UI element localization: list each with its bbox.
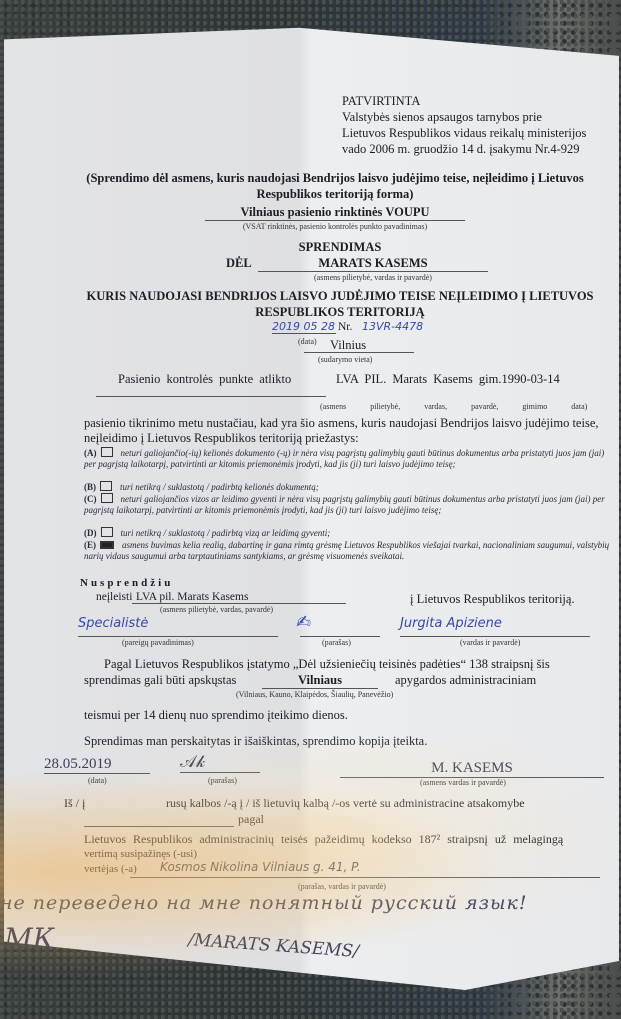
court-caption: (Vilniaus, Kauno, Klaipėdos, Šiaulių, Pa…	[236, 690, 393, 699]
translator-prefix: Iš / į	[64, 796, 85, 811]
checkbox-e-checked[interactable]	[100, 541, 114, 549]
reason-code: (B)	[84, 482, 96, 492]
appeal-line-1: Pagal Lietuvos Respublikos įstatymo „Dėl…	[104, 657, 550, 672]
approval-block: PATVIRTINTA Valstybės sienos apsaugos ta…	[342, 93, 586, 157]
position-caption: (pareigų pavadinimas)	[122, 638, 194, 647]
appeal-deadline: teismui per 14 dienų nuo sprendimo įteik…	[84, 708, 348, 723]
translator-caption: (parašas, vardas ir pavardė)	[298, 882, 386, 891]
translator-line-4: vertimą susipažinęs (-usi)	[84, 848, 197, 860]
approval-line: vado 2006 m. gruodžio 14 d. įsakymu Nr.4…	[342, 141, 586, 157]
reason-code: (D)	[84, 528, 97, 538]
reason-b: (B)turi netikrą / suklastotą / padirbtą …	[84, 481, 614, 493]
document-date: 2019 05 28	[272, 320, 336, 334]
approval-line: Valstybės sienos apsaugos tarnybos prie	[342, 109, 586, 125]
acknowledgement-signature-caption: (parašas)	[208, 776, 237, 785]
reason-text: neturi galiojančios vizos ar leidimo gyv…	[84, 494, 605, 515]
appeal-line-2-prefix: sprendimas gali būti apskųstas	[84, 673, 236, 688]
translator-blank	[84, 826, 234, 827]
handwritten-signature: МК	[4, 922, 54, 955]
reason-c: (C)neturi galiojančios vizos ar leidimo …	[84, 493, 614, 516]
reason-code: (C)	[84, 494, 97, 504]
place-underline	[304, 352, 414, 353]
checkbox-a[interactable]	[101, 447, 113, 457]
signature-caption: (parašas)	[322, 638, 351, 647]
acknowledgement-date-caption: (data)	[88, 776, 107, 785]
reason-text: turi netikrą / suklastotą / padirbtą kel…	[120, 482, 319, 492]
acknowledgement-date: 28.05.2019	[44, 756, 150, 774]
signature-underline	[300, 636, 380, 637]
reason-e: (E)asmens buvimas kelia realią, dabartin…	[84, 540, 614, 562]
checkbox-d[interactable]	[101, 527, 113, 537]
translator-line-5: vertėjas (-a)	[84, 863, 137, 875]
control-underline	[96, 396, 326, 397]
place-caption: (sudarymo vieta)	[318, 355, 372, 364]
ruling-prefix: neįleisti	[96, 591, 132, 603]
reason-code: (E)	[84, 540, 96, 550]
officer-position: Specialistė	[78, 616, 148, 631]
translator-line-3: Lietuvos Respublikos administracinių tei…	[84, 832, 563, 847]
reason-text: turi netikrą / suklastotą / padirbtą viz…	[121, 528, 331, 538]
handwritten-note: не переведено на мне понятный русский яз…	[0, 892, 527, 914]
appeal-line-2-suffix: apygardos administraciniam	[395, 673, 536, 688]
ruling-suffix: į Lietuvos Respublikos teritoriją.	[410, 592, 575, 607]
acknowledgement-name: M. KASEMS	[340, 760, 604, 778]
acknowledgement-text: Sprendimas man perskaitytas ir išaiškint…	[84, 734, 427, 749]
reason-text: neturi galiojančio(-ių) kelionės dokumen…	[84, 448, 604, 469]
document-place: Vilnius	[330, 338, 366, 353]
document-number: 13VR-4478	[362, 320, 423, 333]
subject-caption: (asmens pilietybė, vardas ir pavardė)	[258, 273, 488, 282]
court-field: Vilniaus	[262, 673, 378, 689]
officer-signature-mark: ✍	[296, 612, 311, 633]
name-caption: (vardas ir pavardė)	[460, 638, 520, 647]
translator-line-1: rusų kalbos /-ą į / iš lietuvių kalbą /-…	[166, 796, 525, 811]
control-caption: (asmens pilietybė, vardas, pavardė, gimi…	[320, 402, 587, 411]
document-number-label: Nr.	[338, 321, 352, 333]
checkbox-b[interactable]	[100, 481, 112, 491]
ruling-person-field: LVA pil. Marats Kasems	[132, 591, 346, 604]
subject-name-field: MARATS KASEMS	[258, 256, 488, 272]
reason-code: (A)	[84, 448, 97, 458]
translator-line-2: pagal	[238, 812, 264, 827]
translator-signature: Kosmos Nikolina Vilniaus g. 41, P.	[160, 860, 361, 874]
control-person-field: LVA PIL. Marats Kasems gim.1990-03-14	[336, 372, 560, 387]
reason-text: asmens buvimas kelia realią, dabartinę i…	[84, 540, 609, 561]
subject-prefix: DĖL	[226, 256, 252, 271]
control-label: Pasienio kontrolės punkte atlikto	[118, 372, 291, 387]
acknowledgement-signature: 𝒜𝓀	[180, 752, 260, 773]
findings-paragraph: pasienio tikrinimo metu nustačiau, kad y…	[84, 416, 612, 446]
name-underline	[400, 636, 590, 637]
decision-label: SPRENDIMAS	[240, 240, 440, 255]
ruling-label: Nusprendžiu	[80, 577, 173, 589]
reason-d: (D)turi netikrą / suklastotą / padirbtą …	[84, 527, 614, 539]
form-title: (Sprendimo dėl asmens, kuris naudojasi B…	[70, 170, 600, 202]
date-caption: (data)	[298, 337, 317, 346]
border-unit-caption: (VSAT rinktinės, pasienio kontrolės punk…	[205, 222, 465, 231]
checkbox-c[interactable]	[101, 493, 113, 503]
decision-heading: KURIS NAUDOJASI BENDRIJOS LAISVO JUDĖJIM…	[80, 288, 600, 320]
approval-line: Lietuvos Respublikos vidaus reikalų mini…	[342, 125, 586, 141]
position-underline	[78, 636, 278, 637]
reason-a: (A)neturi galiojančio(-ių) kelionės doku…	[84, 447, 614, 470]
ruling-caption: (asmens pilietybė, vardas, pavardė)	[160, 605, 273, 614]
acknowledgement-name-caption: (asmens vardas ir pavardė)	[420, 778, 506, 787]
approval-line: PATVIRTINTA	[342, 93, 586, 109]
officer-name: Jurgita Apiziene	[400, 616, 502, 631]
translator-underline	[130, 877, 600, 878]
border-unit-field: Vilniaus pasienio rinktinės VOUPU	[205, 205, 465, 221]
